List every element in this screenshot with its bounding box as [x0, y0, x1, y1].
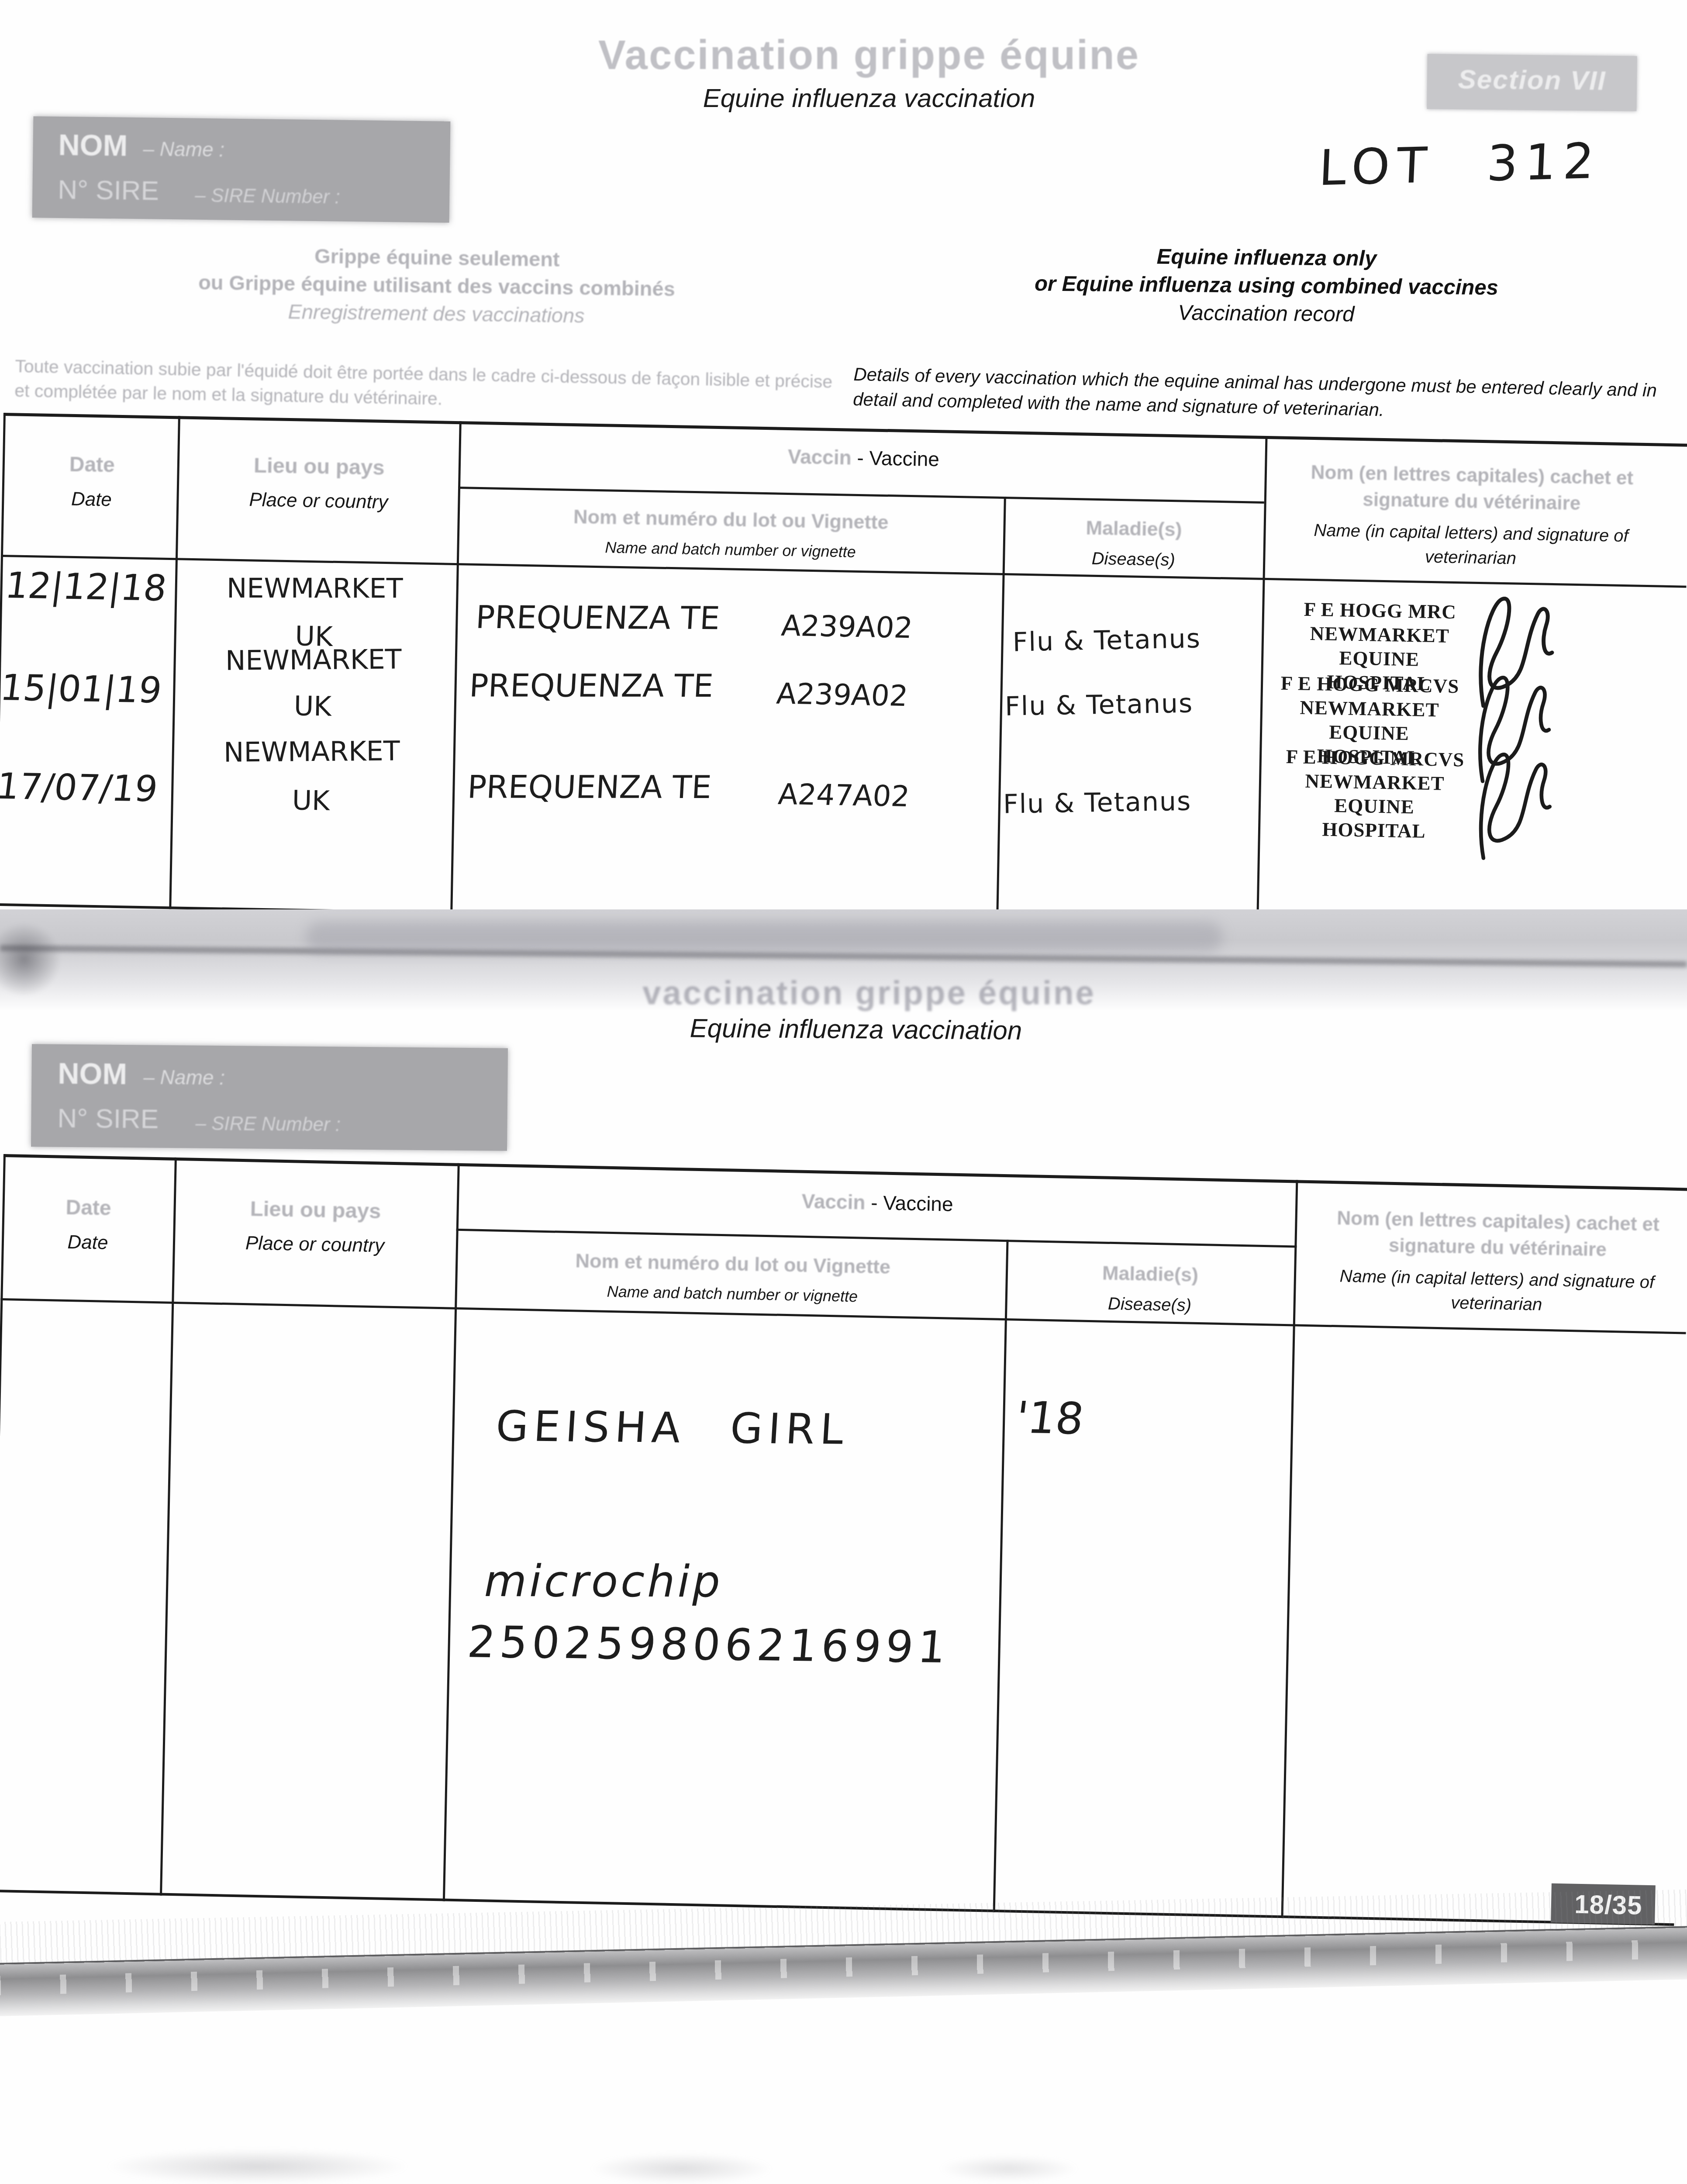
- subtitle-french: Grippe équine seulement ou Grippe équine…: [109, 239, 765, 332]
- scan-smudge: [105, 2149, 411, 2184]
- page-title-english: Equine influenza vaccination: [537, 83, 1201, 113]
- table1-col-divider-2: [450, 421, 462, 914]
- header-place-en: Place or country: [185, 488, 452, 515]
- scan-fold-band: vaccination grippe équine: [0, 909, 1687, 1012]
- header-disease-en: Disease(s): [1012, 1292, 1287, 1317]
- header-date-en: Date: [7, 1230, 169, 1255]
- header-place-fr: Lieu ou pays: [186, 452, 452, 481]
- entry3-place-line1: NEWMARKET: [176, 735, 448, 769]
- lot-annotation: LOT 312: [1318, 132, 1602, 197]
- entry2-vaccine: PREQUENZA TE: [469, 667, 714, 704]
- scanned-vaccination-page: { "document": { "lot_annotation": "LOT 3…: [0, 0, 1687, 2184]
- nom-label-en: – Name :: [143, 137, 224, 161]
- header-disease-fr: Maladie(s): [1013, 1260, 1288, 1288]
- entry1-batch: A239A02: [780, 609, 914, 645]
- instruction-french: Toute vaccination subie par l'équidé doi…: [14, 354, 843, 418]
- header-place-fr: Lieu ou pays: [182, 1195, 449, 1225]
- subtitle-en-line3: Vaccination record: [930, 297, 1602, 330]
- vaccination-table-2: Date Date Lieu ou pays Place or country …: [0, 1154, 1687, 1926]
- header-vet-en: Name (in capital letters) and signature …: [1274, 517, 1668, 573]
- nom-label: NOM: [58, 1057, 127, 1091]
- microchip-number: 250259806216991: [466, 1616, 952, 1673]
- header-vaccine-en: - Vaccine: [871, 1191, 953, 1216]
- page2-title-english: Equine influenza vaccination: [524, 1012, 1188, 1047]
- name-sire-box-1: NOM – Name : N° SIRE – SIRE Number :: [32, 116, 451, 223]
- table2-col-divider-3: [993, 1240, 1009, 1912]
- header-date-fr: Date: [11, 451, 173, 478]
- section-badge: Section VII: [1427, 54, 1637, 111]
- header-disease-en: Disease(s): [1010, 547, 1257, 571]
- ghost-title-french: vaccination grippe équine: [393, 974, 1345, 1012]
- entry3-batch: A247A02: [777, 778, 911, 813]
- table2-col-divider-1: [160, 1158, 177, 1896]
- entry3-vaccine: PREQUENZA TE: [466, 768, 712, 805]
- sire-label: N° SIRE: [57, 1103, 159, 1135]
- table2-col-divider-4: [1281, 1180, 1298, 1918]
- table2-left-border: [0, 1154, 6, 1892]
- header-vaccine-fr: Vaccin: [801, 1190, 866, 1214]
- entry1-place-line1: NEWMARKET: [179, 572, 450, 605]
- entry2-batch: A239A02: [775, 677, 909, 713]
- section-badge-label: Section VII: [1427, 63, 1637, 97]
- table1-vaccine-divider: [458, 487, 1264, 504]
- entry2-date: 15|01|19: [0, 667, 164, 712]
- header-vaccine: Vaccin - Vaccine: [462, 439, 1265, 477]
- table1-col-divider-4: [1256, 436, 1268, 929]
- scan-corner-blob: [0, 923, 61, 997]
- entry3-date: 17/07/19: [0, 766, 160, 810]
- header-date-fr: Date: [7, 1194, 169, 1221]
- header-vaccine: Vaccin - Vaccine: [460, 1182, 1295, 1223]
- entry1-vaccine: PREQUENZA TE: [475, 599, 721, 636]
- header-batch-fr: Nom et numéro du lot ou Vignette: [469, 1247, 997, 1280]
- sire-label-en: – SIRE Number :: [195, 185, 340, 208]
- vaccination-table-1: Date Date Lieu ou pays Place or country …: [0, 413, 1687, 937]
- header-batch-en: Name and batch number or vignette: [468, 1279, 997, 1308]
- entry2-place-line2: UK: [177, 688, 448, 724]
- entry2-disease: Flu & Tetanus: [1005, 688, 1194, 722]
- entry1-disease: Flu & Tetanus: [1012, 623, 1201, 658]
- horse-name: GEISHA GIRL: [494, 1402, 850, 1454]
- scan-smudge: [590, 2153, 773, 2184]
- header-vet-fr: Nom (en lettres capitales) cachet et sig…: [1275, 459, 1669, 518]
- ghost-title-smear: [306, 922, 1223, 952]
- sire-label-en: – SIRE Number :: [195, 1113, 341, 1136]
- table2-col-divider-2: [443, 1163, 460, 1901]
- sire-label: N° SIRE: [58, 174, 159, 207]
- nom-label: NOM: [58, 128, 128, 163]
- signature-squiggle: [1432, 740, 1574, 864]
- page-title-french: Vaccination grippe équine: [537, 31, 1201, 79]
- entry2-place-line1: NEWMARKET: [178, 643, 449, 677]
- instruction-english: Details of every vaccination which the e…: [853, 362, 1687, 429]
- table2-top-border: [3, 1154, 1687, 1191]
- header-batch-en: Name and batch number or vignette: [468, 536, 993, 564]
- entry1-date: 12|12|18: [3, 565, 169, 609]
- table2-vaccine-divider: [456, 1229, 1297, 1248]
- microchip-label: microchip: [484, 1555, 722, 1607]
- scan-smudge: [939, 2156, 1079, 2182]
- header-vaccine-fr: Vaccin: [788, 445, 852, 469]
- entry3-place-line2: UK: [175, 782, 446, 819]
- nom-label-en: – Name :: [143, 1065, 225, 1089]
- entry3-disease: Flu & Tetanus: [1003, 786, 1192, 819]
- header-disease-fr: Maladie(s): [1010, 515, 1258, 542]
- header-vet-en: Name (in capital letters) and signature …: [1304, 1263, 1687, 1320]
- name-sire-box-2: NOM – Name : N° SIRE – SIRE Number :: [31, 1044, 508, 1151]
- header-date-en: Date: [10, 487, 172, 512]
- header-place-en: Place or country: [182, 1231, 448, 1258]
- subtitle-english: Equine influenza only or Equine influenz…: [930, 241, 1603, 330]
- header-batch-fr: Nom et numéro du lot ou Vignette: [469, 504, 993, 536]
- header-vet-fr: Nom (en lettres capitales) cachet et sig…: [1305, 1205, 1687, 1265]
- header-vaccine-en: - Vaccine: [857, 446, 939, 470]
- horse-year-mark: '18: [1013, 1392, 1087, 1444]
- table1-left-border: [0, 413, 6, 906]
